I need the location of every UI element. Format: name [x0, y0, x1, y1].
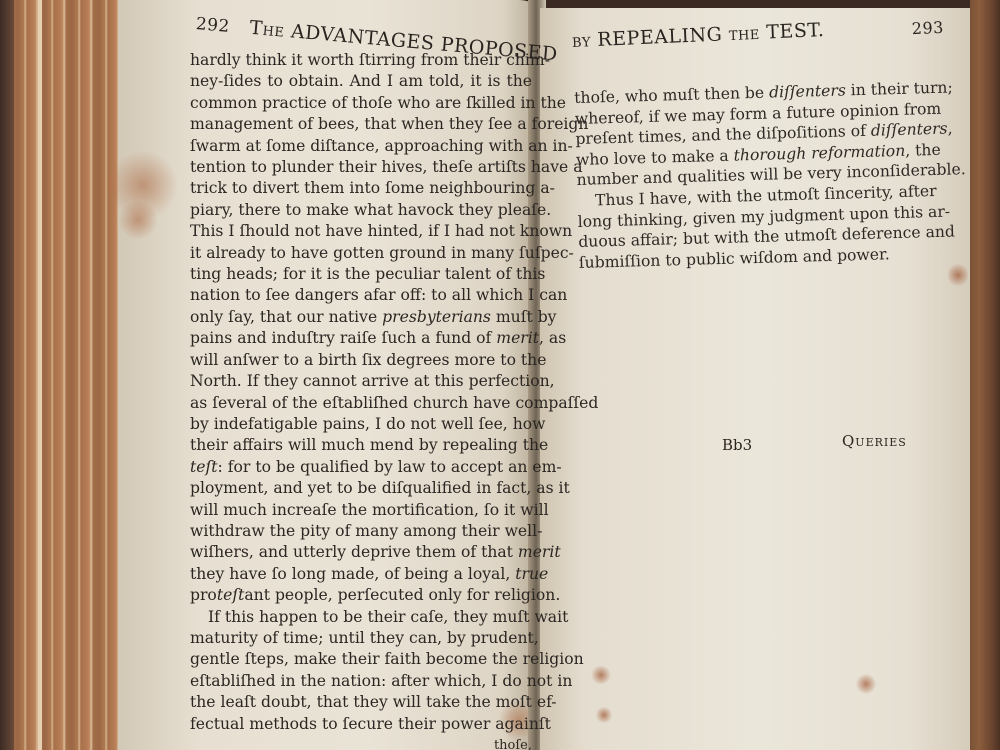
text-line: hardly think it worth ſtirring from thei…: [190, 50, 532, 71]
foxing-stain: [855, 674, 877, 694]
catchword: Queries: [842, 432, 907, 450]
text-line: tention to plunder their hives, theſe ar…: [190, 157, 532, 178]
text-line: will much increaſe the mortification, ſo…: [190, 500, 532, 521]
page-number: 292: [195, 14, 231, 37]
foxing-stain: [948, 262, 968, 288]
text-line: ployment, and yet to be diſqualified in …: [190, 478, 532, 499]
text-line: will anſwer to a birth ſix degrees more …: [190, 350, 532, 371]
right-body-text: thoſe, who muſt then be diſſenters in th…: [574, 79, 919, 274]
text-line: This I ſhould not have hinted, if I had …: [190, 221, 532, 242]
text-line: pains and induſtry raiſe ſuch a fund of …: [190, 328, 532, 349]
left-fore-edge: [0, 0, 125, 750]
text-line: it already to have gotten ground in many…: [190, 243, 532, 264]
text-line: If this happen to be their caſe, they mu…: [190, 607, 532, 628]
foxing-stain: [118, 200, 158, 240]
text-line: North. If they cannot arrive at this per…: [190, 371, 532, 392]
left-body-text: hardly think it worth ſtirring from thei…: [190, 50, 532, 750]
signature-mark: Bb3: [722, 436, 752, 454]
text-line: the leaſt doubt, that they will take the…: [190, 692, 532, 713]
text-line: ſwarm at ſome diſtance, approaching with…: [190, 136, 532, 157]
foxing-stain: [590, 666, 612, 684]
text-line: nation to ſee dangers afar off: to all w…: [190, 285, 532, 306]
text-line: teſt: for to be qualified by law to acce…: [190, 457, 532, 478]
text-line: common practice of thoſe who are ſkilled…: [190, 93, 532, 114]
text-line: management of bees, that when they ſee a…: [190, 114, 532, 135]
text-line: withdraw the pity of many among their we…: [190, 521, 532, 542]
text-line: by indefatigable pains, I do not well ſe…: [190, 414, 532, 435]
right-fore-edge: [970, 0, 1000, 750]
text-line: piary, there to make what havock they pl…: [190, 200, 532, 221]
text-line: maturity of time; until they can, by pru…: [190, 628, 532, 649]
text-line: ting heads; for it is the peculiar talen…: [190, 264, 532, 285]
text-line: eſtabliſhed in the nation: after which, …: [190, 671, 532, 692]
text-line: trick to divert them into ſome neighbour…: [190, 178, 532, 199]
text-line: thoſe,: [190, 735, 532, 750]
text-line: gentle ſteps, make their faith become th…: [190, 649, 532, 670]
text-line: ney-ſides to obtain. And I am told, it i…: [190, 71, 532, 92]
text-line: their affairs will much mend by repealin…: [190, 435, 532, 456]
text-line: as ſeveral of the eſtabliſhed church hav…: [190, 393, 532, 414]
page-number: 293: [911, 18, 944, 38]
text-line: fectual methods to ſecure their power ag…: [190, 714, 532, 735]
text-line: proteſtant people, perſecuted only for r…: [190, 585, 532, 606]
foxing-stain: [596, 706, 612, 724]
text-line: wiſhers, and utterly deprive them of tha…: [190, 542, 532, 563]
open-book: 292 The ADVANTAGES PROPOSED hardly think…: [0, 0, 1000, 750]
text-line: they have ſo long made, of being a loyal…: [190, 564, 532, 585]
text-line: only ſay, that our native presbyterians …: [190, 307, 532, 328]
